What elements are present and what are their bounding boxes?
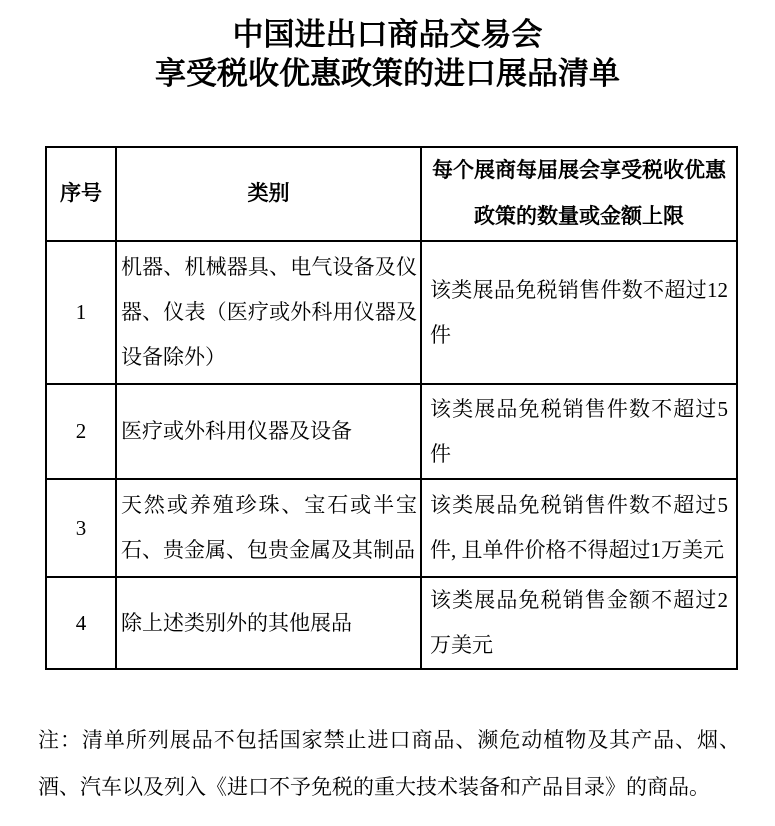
cell-no: 2 (46, 384, 116, 479)
table-row: 2 医疗或外科用仪器及设备 该类展品免税销售件数不超过5件 (46, 384, 737, 479)
cell-no: 4 (46, 577, 116, 669)
table-row: 1 机器、机械器具、电气设备及仪器、仪表（医疗或外科用仪器及设备除外） 该类展品… (46, 241, 737, 384)
cell-no: 3 (46, 479, 116, 577)
header-row: 序号 类别 每个展商每届展会享受税收优惠政策的数量或金额上限 (46, 147, 737, 241)
cell-limit: 该类展品免税销售件数不超过5件 (421, 384, 737, 479)
cell-category: 除上述类别外的其他展品 (116, 577, 421, 669)
exhibits-table: 序号 类别 每个展商每届展会享受税收优惠政策的数量或金额上限 1 机器、机械器具… (45, 146, 738, 670)
title-line-1: 中国进出口商品交易会 (0, 15, 775, 54)
cell-category: 天然或养殖珍珠、宝石或半宝石、贵金属、包贵金属及其制品 (116, 479, 421, 577)
header-no: 序号 (46, 147, 116, 241)
header-category: 类别 (116, 147, 421, 241)
table-header: 序号 类别 每个展商每届展会享受税收优惠政策的数量或金额上限 (46, 147, 737, 241)
document-page: 中国进出口商品交易会 享受税收优惠政策的进口展品清单 序号 类别 每个展商每届展… (0, 0, 775, 826)
title-line-2: 享受税收优惠政策的进口展品清单 (0, 54, 775, 93)
cell-limit: 该类展品免税销售件数不超过12件 (421, 241, 737, 384)
header-limit: 每个展商每届展会享受税收优惠政策的数量或金额上限 (421, 147, 737, 241)
footnote: 注：清单所列展品不包括国家禁止进口商品、濒危动植物及其产品、烟、酒、汽车以及列入… (38, 717, 740, 811)
document-title: 中国进出口商品交易会 享受税收优惠政策的进口展品清单 (0, 0, 775, 93)
table-row: 3 天然或养殖珍珠、宝石或半宝石、贵金属、包贵金属及其制品 该类展品免税销售件数… (46, 479, 737, 577)
cell-category: 医疗或外科用仪器及设备 (116, 384, 421, 479)
cell-limit: 该类展品免税销售件数不超过5件, 且单件价格不得超过1万美元 (421, 479, 737, 577)
table-body: 1 机器、机械器具、电气设备及仪器、仪表（医疗或外科用仪器及设备除外） 该类展品… (46, 241, 737, 669)
cell-limit: 该类展品免税销售金额不超过2万美元 (421, 577, 737, 669)
cell-category: 机器、机械器具、电气设备及仪器、仪表（医疗或外科用仪器及设备除外） (116, 241, 421, 384)
cell-no: 1 (46, 241, 116, 384)
table-row: 4 除上述类别外的其他展品 该类展品免税销售金额不超过2万美元 (46, 577, 737, 669)
